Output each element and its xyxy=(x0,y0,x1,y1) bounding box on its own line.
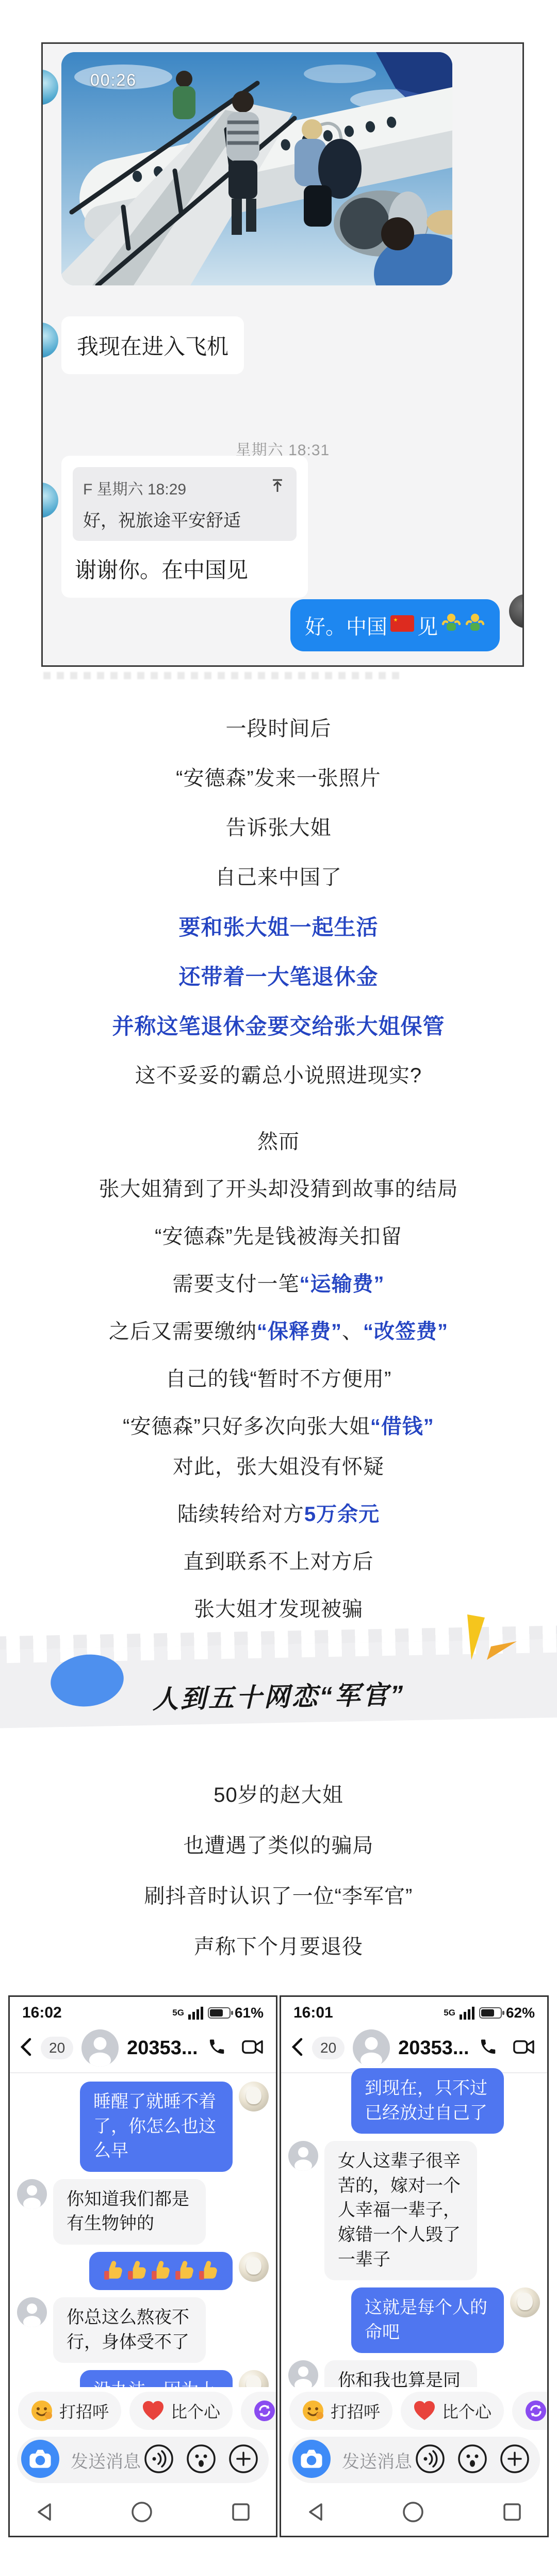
watermark xyxy=(43,672,399,679)
lamb-avatar xyxy=(239,2082,269,2111)
article-line: 一段时间后 xyxy=(0,712,557,742)
article-line: 也遭遇了类似的骗局 xyxy=(0,1829,557,1859)
spark-decoration xyxy=(453,1612,520,1667)
signal-bars-icon xyxy=(188,2006,204,2020)
douyin-chat-screenshot-left: 16:02 5G 61% 20 20353... 睡醒了就睡不着了，你怎么也这么… xyxy=(8,1995,277,2537)
battery-icon xyxy=(208,2007,231,2019)
unread-badge[interactable]: 20 xyxy=(312,2037,345,2059)
article-line: 对此，张大姐没有怀疑 xyxy=(0,1450,557,1480)
chip-heart[interactable]: 比个心 xyxy=(401,2392,504,2430)
thumbs-up-icon xyxy=(198,2260,219,2282)
quote-header: F 星期六 18:29 xyxy=(83,476,186,499)
lamb-avatar xyxy=(239,2252,269,2282)
back-icon[interactable] xyxy=(19,2037,32,2060)
article-line: “安德森”先是钱被海关扣留 xyxy=(0,1220,557,1250)
article-line: “安德森”只好多次向张大姐“借钱” xyxy=(0,1410,557,1439)
android-navigation xyxy=(10,2490,276,2536)
network-indicator: 5G xyxy=(172,2008,184,2018)
message-row: 睡醒了就睡不着了，你怎么也这么早 xyxy=(17,2082,269,2172)
heart-icon xyxy=(142,2401,165,2421)
lamb-avatar xyxy=(510,2287,540,2317)
camera-button[interactable] xyxy=(292,2440,331,2481)
sender-avatar xyxy=(41,323,58,358)
smiley-icon xyxy=(302,2399,324,2422)
message-input-bar: 发送消息 xyxy=(17,2437,269,2483)
voice-call-icon[interactable] xyxy=(478,2037,497,2059)
emoji-icon[interactable] xyxy=(186,2444,216,2476)
article-line: 50岁的赵大姐 xyxy=(0,1779,557,1808)
message-row: 你总这么熬夜不行，身体受不了 xyxy=(17,2297,269,2363)
android-back-button[interactable] xyxy=(306,2502,324,2525)
message-row: 你知道我们都是有生物钟的 xyxy=(17,2179,269,2245)
sent-message: 好。中国 见 xyxy=(290,599,500,651)
message-list: 睡醒了就睡不着了，你怎么也这么早 你知道我们都是有生物钟的 你总这 xyxy=(10,2073,276,2436)
camera-button[interactable] xyxy=(21,2440,59,2481)
battery-icon xyxy=(479,2007,502,2019)
thumbs-up-icon xyxy=(103,2260,124,2282)
android-recents-button[interactable] xyxy=(231,2502,251,2525)
phone-screenshots: 16:02 5G 61% 20 20353... 睡醒了就睡不着了，你怎么也这么… xyxy=(8,1995,549,2537)
article-line-highlight: 要和张大姐一起生活 xyxy=(0,910,557,941)
contact-avatar xyxy=(288,2360,318,2390)
sender-avatar xyxy=(41,70,58,105)
sent-message: 睡醒了就睡不着了，你怎么也这么早 xyxy=(80,2082,233,2172)
article-line: 之后又需要缴纳“保释费”、“改签费” xyxy=(0,1315,557,1345)
thumbs-up-icon xyxy=(174,2260,195,2282)
video-call-icon[interactable] xyxy=(241,2038,264,2059)
sent-message: 这就是每个人的命吧 xyxy=(351,2287,504,2353)
china-flag-icon xyxy=(390,614,414,637)
douyin-chat-screenshot-right: 16:01 5G 62% 20 20353... 到现在，只不过已经放过自己了 xyxy=(280,1995,549,2537)
contact-avatar xyxy=(17,2179,47,2209)
quoted-message-bubble: F 星期六 18:29 好，祝旅途平安舒适 谢谢你。在中国见 xyxy=(61,456,308,598)
thumbs-up-message xyxy=(89,2252,233,2290)
message-row xyxy=(17,2252,269,2290)
contact-name[interactable]: 20353... xyxy=(127,2037,198,2059)
forward-arrow-icon xyxy=(269,477,286,499)
message-input-bar: 发送消息 xyxy=(288,2437,540,2483)
chat-header: 20 20353... xyxy=(10,2024,276,2072)
message-row: 女人这辈子很辛苦的，嫁对一个人幸福一辈子，嫁错一个人毁了一辈子 xyxy=(288,2141,540,2280)
plus-icon[interactable] xyxy=(500,2444,530,2476)
contact-avatar[interactable] xyxy=(81,2029,119,2067)
article-line: “安德森”发来一张照片 xyxy=(0,762,557,791)
signal-bars-icon xyxy=(460,2006,475,2020)
unread-badge[interactable]: 20 xyxy=(41,2037,73,2059)
thumbs-up-icon xyxy=(126,2260,148,2282)
quoted-message: F 星期六 18:29 好，祝旅途平安舒适 xyxy=(73,467,297,541)
status-bar: 16:02 5G 61% xyxy=(10,1997,276,2024)
article-line: 需要支付一笔“运输费” xyxy=(0,1268,557,1297)
person-shrug-emoji xyxy=(465,613,485,638)
article-line: 自己来中国了 xyxy=(0,861,557,890)
video-call-icon[interactable] xyxy=(513,2038,535,2059)
voice-icon[interactable] xyxy=(144,2444,174,2476)
voice-icon[interactable] xyxy=(415,2444,445,2476)
voice-call-icon[interactable] xyxy=(206,2037,226,2059)
reply-message: 谢谢你。在中国见 xyxy=(75,553,294,584)
article-line-highlight: 并称这笔退休金要交给张大姐保管 xyxy=(0,1010,557,1041)
plus-icon[interactable] xyxy=(228,2444,258,2476)
contact-avatar xyxy=(288,2141,318,2171)
article-line: 然而 xyxy=(0,1125,557,1155)
article-line: 这不妥妥的霸总小说照进现实? xyxy=(0,1059,557,1089)
chip-image-swap[interactable]: 以图换图 xyxy=(512,2392,547,2430)
chip-greet[interactable]: 打招呼 xyxy=(18,2392,121,2430)
message-row: 这就是每个人的命吧 xyxy=(288,2287,540,2353)
chip-greet[interactable]: 打招呼 xyxy=(289,2392,392,2430)
article-line: 张大姐猜到了开头却没猜到故事的结局 xyxy=(0,1173,557,1202)
wechat-chat-screenshot: 00:26 我现在进入飞机 星期六 18:31 F 星期六 18:29 好，祝旅… xyxy=(41,42,524,667)
self-avatar xyxy=(509,594,524,628)
quote-body: 好，祝旅途平安舒适 xyxy=(83,506,286,532)
received-message: 你总这么熬夜不行，身体受不了 xyxy=(53,2297,206,2363)
clock: 16:02 xyxy=(22,2004,62,2022)
video-message-thumbnail[interactable]: 00:26 xyxy=(61,52,452,285)
network-indicator: 5G xyxy=(444,2008,455,2018)
article-line: 直到联系不上对方后 xyxy=(0,1545,557,1575)
battery-percent: 61% xyxy=(235,2005,264,2021)
android-home-button[interactable] xyxy=(402,2501,424,2526)
image-swap-icon xyxy=(525,2399,547,2422)
android-recents-button[interactable] xyxy=(502,2502,522,2525)
contact-avatar[interactable] xyxy=(353,2029,390,2067)
received-message: 女人这辈子很辛苦的，嫁对一个人幸福一辈子，嫁错一个人毁了一辈子 xyxy=(324,2141,477,2280)
person-shrug-emoji xyxy=(441,613,462,638)
contact-name[interactable]: 20353... xyxy=(398,2037,469,2059)
status-bar: 16:01 5G 62% xyxy=(281,1997,547,2024)
quick-reply-chips: 打招呼 比个心 以图换图 xyxy=(281,2391,547,2430)
article-line: 自己的钱“暂时不方便用” xyxy=(0,1363,557,1392)
back-icon[interactable] xyxy=(290,2037,304,2060)
android-home-button[interactable] xyxy=(130,2501,153,2526)
thumbs-up-icon xyxy=(150,2260,172,2282)
android-navigation xyxy=(281,2490,547,2536)
sent-message: 到现在，只不过已经放过自己了 xyxy=(351,2068,504,2134)
smiley-icon xyxy=(30,2399,53,2422)
message-input[interactable]: 发送消息 xyxy=(71,2447,141,2473)
article-line: 告诉张大姐 xyxy=(0,811,557,841)
contact-avatar xyxy=(17,2297,47,2327)
chat-header: 20 20353... xyxy=(281,2024,547,2072)
battery-percent: 62% xyxy=(506,2005,535,2021)
received-message: 你知道我们都是有生物钟的 xyxy=(53,2179,206,2245)
chip-heart[interactable]: 比个心 xyxy=(129,2392,233,2430)
received-message: 我现在进入飞机 xyxy=(61,316,244,374)
chip-image-swap[interactable]: 以图换图 xyxy=(241,2392,276,2430)
android-back-button[interactable] xyxy=(35,2502,53,2525)
image-swap-icon xyxy=(253,2399,276,2422)
quick-reply-chips: 打招呼 比个心 以图换图 xyxy=(10,2391,276,2430)
message-input[interactable]: 发送消息 xyxy=(342,2447,412,2473)
clock: 16:01 xyxy=(293,2004,333,2022)
article-line: 声称下个月要退役 xyxy=(0,1930,557,1960)
article-line: 陆续转给对方5万余元 xyxy=(0,1498,557,1527)
sender-avatar xyxy=(41,483,58,518)
video-duration: 00:26 xyxy=(90,71,137,90)
heart-icon xyxy=(413,2401,436,2421)
article-line-highlight: 还带着一大笔退休金 xyxy=(0,960,557,991)
article-line: 刷抖音时认识了一位“李军官” xyxy=(0,1880,557,1909)
emoji-icon[interactable] xyxy=(457,2444,487,2476)
message-row: 到现在，只不过已经放过自己了 xyxy=(288,2073,540,2134)
